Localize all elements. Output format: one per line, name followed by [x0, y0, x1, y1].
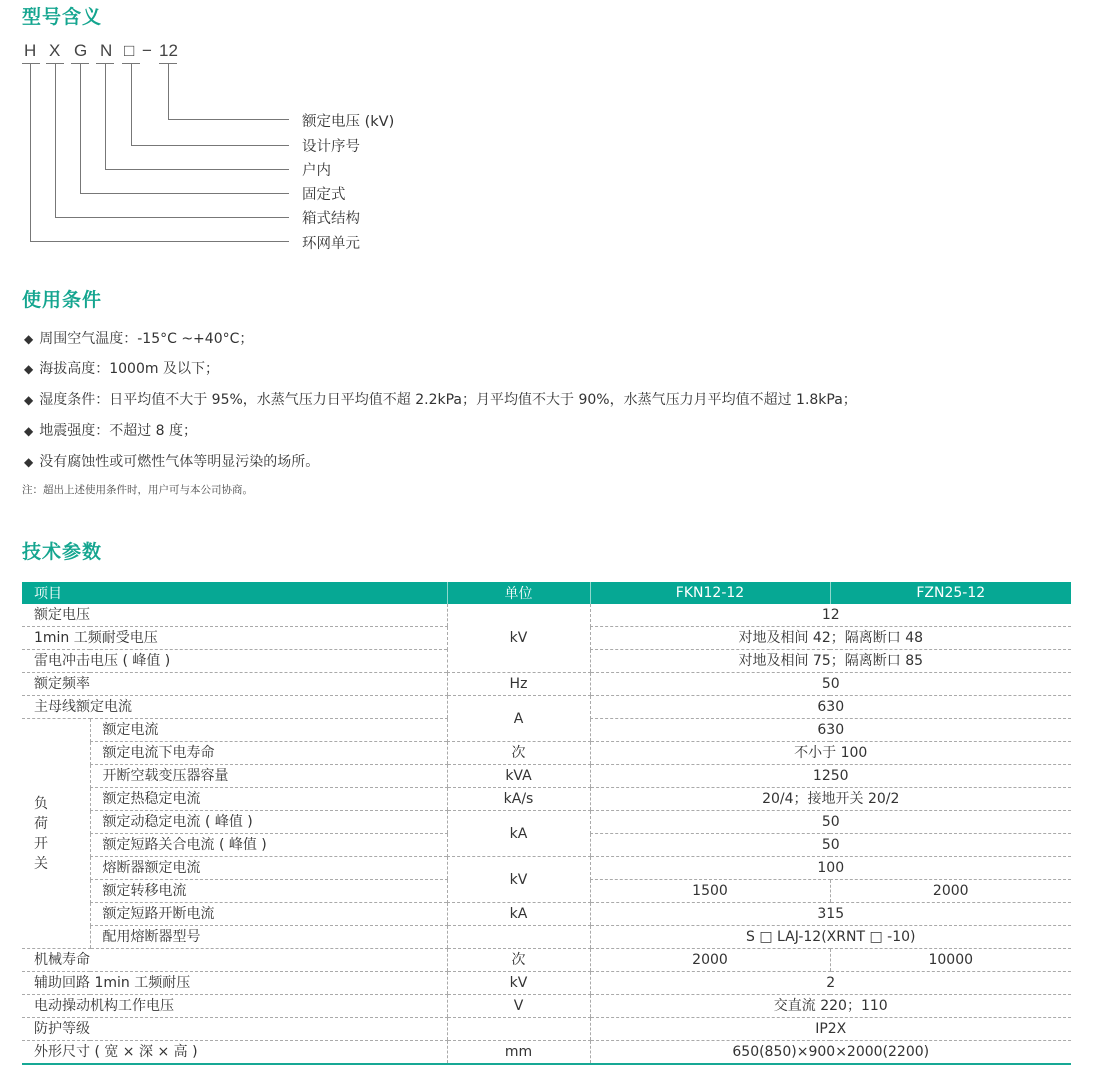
row-item: 机械寿命 — [22, 949, 447, 972]
row-item: 额定动稳定电流 ( 峰值 ) — [90, 811, 447, 834]
row-value: IP2X — [590, 1018, 1071, 1041]
table-row: 主母线额定电流 A 630 — [22, 696, 1071, 719]
code-dash: − — [142, 41, 152, 61]
row-unit: kA — [447, 811, 590, 857]
row-item: 配用熔断器型号 — [90, 926, 447, 949]
row-item: 额定短路关合电流 ( 峰值 ) — [90, 834, 447, 857]
spec-table: 项目 单位 FKN12-12 FZN25-12 额定电压 kV 12 1min … — [22, 582, 1071, 1065]
diamond-icon: ◆ — [24, 362, 33, 376]
table-header-row: 项目 单位 FKN12-12 FZN25-12 — [22, 582, 1071, 604]
row-value: 50 — [590, 673, 1071, 696]
row-unit: kV — [447, 972, 590, 995]
table-row: 额定短路开断电流 kA 315 — [22, 903, 1071, 926]
row-item: 辅助回路 1min 工频耐压 — [22, 972, 447, 995]
code-letter-h: H — [24, 41, 36, 61]
row-value-fzn25: 2000 — [830, 880, 1071, 903]
connector-line — [105, 169, 289, 170]
header-fkn12: FKN12-12 — [590, 582, 830, 604]
row-value-fzn25: 10000 — [830, 949, 1071, 972]
row-value: 交直流 220；110 — [590, 995, 1071, 1018]
connector-line — [131, 64, 132, 146]
connector-line — [131, 145, 289, 146]
table-row: 额定动稳定电流 ( 峰值 ) kA 50 — [22, 811, 1071, 834]
row-unit: Hz — [447, 673, 590, 696]
connector-line — [105, 64, 106, 170]
row-value: 315 — [590, 903, 1071, 926]
row-item: 额定电压 — [22, 604, 447, 627]
connector-line — [168, 64, 169, 120]
row-item: 电动操动机构工作电压 — [22, 995, 447, 1018]
header-fzn25: FZN25-12 — [830, 582, 1071, 604]
row-value: 20/4；接地开关 20/2 — [590, 788, 1071, 811]
row-item: 雷电冲击电压 ( 峰值 ) — [22, 650, 447, 673]
row-item: 额定电流下电寿命 — [90, 742, 447, 765]
row-item: 额定短路开断电流 — [90, 903, 447, 926]
row-value: 50 — [590, 811, 1071, 834]
meaning-ring-main-unit: 环网单元 — [302, 232, 360, 253]
code-letter-g: G — [74, 41, 87, 61]
table-row: 额定频率 Hz 50 — [22, 673, 1071, 696]
connector-line — [55, 217, 289, 218]
table-row: 额定电压 kV 12 — [22, 604, 1071, 627]
table-row: 辅助回路 1min 工频耐压 kV 2 — [22, 972, 1071, 995]
code-voltage: 12 — [159, 41, 178, 61]
row-value: S □ LAJ-12(XRNT □ -10) — [590, 926, 1071, 949]
row-item: 额定电流 — [90, 719, 447, 742]
table-row: 防护等级 IP2X — [22, 1018, 1071, 1041]
row-unit: V — [447, 995, 590, 1018]
connector-line — [30, 64, 31, 242]
condition-item: ◆没有腐蚀性或可燃性气体等明显污染的场所。 — [24, 451, 319, 471]
row-value: 12 — [590, 604, 1071, 627]
condition-text: 湿度条件：日平均值不大于 95%，水蒸气压力日平均值不超 2.2kPa；月平均值… — [39, 392, 857, 408]
row-item: 主母线额定电流 — [22, 696, 447, 719]
row-unit: kV — [447, 857, 590, 903]
table-row: 开断空载变压器容量 kVA 1250 — [22, 765, 1071, 788]
row-item: 防护等级 — [22, 1018, 447, 1041]
row-value: 2 — [590, 972, 1071, 995]
code-letter-n: N — [100, 41, 112, 61]
table-row: 额定热稳定电流 kA/s 20/4；接地开关 20/2 — [22, 788, 1071, 811]
table-row: 机械寿命 次 2000 10000 — [22, 949, 1071, 972]
row-value: 对地及相间 75；隔离断口 85 — [590, 650, 1071, 673]
row-item: 额定热稳定电流 — [90, 788, 447, 811]
diamond-icon: ◆ — [24, 332, 33, 346]
meaning-box-structure: 箱式结构 — [302, 207, 360, 228]
table-row: 配用熔断器型号 S □ LAJ-12(XRNT □ -10) — [22, 926, 1071, 949]
row-item: 开断空载变压器容量 — [90, 765, 447, 788]
row-value-fkn12: 2000 — [590, 949, 830, 972]
row-unit: kA/s — [447, 788, 590, 811]
diamond-icon: ◆ — [24, 424, 33, 438]
table-row: 熔断器额定电流 kV 100 — [22, 857, 1071, 880]
table-row: 外形尺寸 ( 宽 × 深 × 高 ) mm 650(850)×900×2000(… — [22, 1041, 1071, 1065]
row-item: 1min 工频耐受电压 — [22, 627, 447, 650]
meaning-fixed: 固定式 — [302, 183, 346, 204]
row-unit: 次 — [447, 949, 590, 972]
condition-item: ◆周围空气温度：-15°C ~+40°C； — [24, 328, 253, 348]
condition-text: 地震强度：不超过 8 度； — [39, 423, 197, 439]
row-unit: kVA — [447, 765, 590, 788]
table-row: 额定电流下电寿命 次 不小于 100 — [22, 742, 1071, 765]
row-unit: kA — [447, 903, 590, 926]
row-value: 630 — [590, 719, 1071, 742]
code-letter-x: X — [49, 41, 60, 61]
section-title-conditions: 使用条件 — [22, 285, 102, 312]
connector-line — [80, 64, 81, 194]
connector-line — [80, 193, 289, 194]
row-value: 1250 — [590, 765, 1071, 788]
condition-item: ◆湿度条件：日平均值不大于 95%，水蒸气压力日平均值不超 2.2kPa；月平均… — [24, 389, 857, 409]
condition-text: 周围空气温度：-15°C ~+40°C； — [39, 331, 253, 347]
condition-item: ◆地震强度：不超过 8 度； — [24, 420, 197, 440]
row-unit: kV — [447, 604, 590, 673]
header-item: 项目 — [22, 582, 447, 604]
underline — [22, 63, 40, 64]
row-item: 熔断器额定电流 — [90, 857, 447, 880]
row-item: 外形尺寸 ( 宽 × 深 × 高 ) — [22, 1041, 447, 1065]
meaning-design-serial: 设计序号 — [302, 135, 360, 156]
condition-text: 海拔高度：1000m 及以下； — [39, 361, 219, 377]
row-value: 630 — [590, 696, 1071, 719]
diamond-icon: ◆ — [24, 393, 33, 407]
row-value: 对地及相间 42；隔离断口 48 — [590, 627, 1071, 650]
condition-text: 没有腐蚀性或可燃性气体等明显污染的场所。 — [39, 454, 319, 470]
row-unit: mm — [447, 1041, 590, 1065]
connector-line — [55, 64, 56, 218]
row-unit: A — [447, 696, 590, 742]
meaning-rated-voltage: 额定电压 (kV) — [302, 110, 394, 131]
conditions-note: 注：超出上述使用条件时，用户可与本公司协商。 — [22, 482, 253, 497]
code-placeholder-box: □ — [124, 41, 134, 61]
condition-item: ◆海拔高度：1000m 及以下； — [24, 358, 219, 378]
group-label: 负 荷 开 关 — [34, 794, 48, 874]
row-unit — [447, 1018, 590, 1041]
row-value-fkn12: 1500 — [590, 880, 830, 903]
group-load-switch: 负 荷 开 关 — [22, 719, 90, 949]
row-unit: 次 — [447, 742, 590, 765]
header-unit: 单位 — [447, 582, 590, 604]
diamond-icon: ◆ — [24, 455, 33, 469]
table-row: 电动操动机构工作电压 V 交直流 220；110 — [22, 995, 1071, 1018]
row-value: 650(850)×900×2000(2200) — [590, 1041, 1071, 1065]
meaning-indoor: 户内 — [302, 159, 331, 180]
row-item: 额定转移电流 — [90, 880, 447, 903]
section-title-model-meaning: 型号含义 — [22, 2, 102, 29]
row-value: 50 — [590, 834, 1071, 857]
section-title-tech-params: 技术参数 — [22, 537, 102, 564]
row-value: 100 — [590, 857, 1071, 880]
row-unit — [447, 926, 590, 949]
connector-line — [168, 119, 289, 120]
row-value: 不小于 100 — [590, 742, 1071, 765]
connector-line — [30, 241, 289, 242]
row-item: 额定频率 — [22, 673, 447, 696]
